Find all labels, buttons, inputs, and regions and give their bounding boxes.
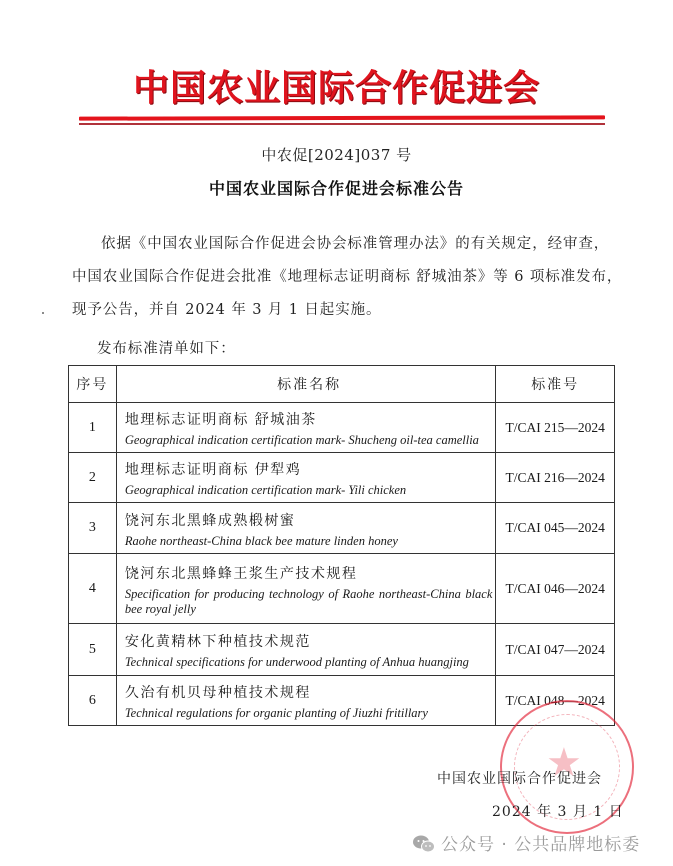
table-row: 2 地理标志证明商标 伊犁鸡 Geographical indication c… <box>69 453 615 503</box>
letterhead-rule-thick <box>79 115 605 120</box>
table-row: 1 地理标志证明商标 舒城油茶 Geographical indication … <box>69 403 615 453</box>
signature-organization: 中国农业国际合作促进会 <box>437 768 602 788</box>
row-name-en: Technical specifications for underwood p… <box>123 655 496 670</box>
scan-speck <box>42 312 44 314</box>
row-code: T/CAI 047—2024 <box>496 624 615 676</box>
wechat-icon <box>413 835 435 858</box>
letterhead-rule-thin <box>79 123 605 125</box>
standards-table: 序号 标准名称 标准号 1 地理标志证明商标 舒城油茶 Geographical… <box>68 365 615 726</box>
table-header-row: 序号 标准名称 标准号 <box>69 366 615 403</box>
row-name-zh: 地理标志证明商标 舒城油茶 <box>123 409 496 429</box>
header-no: 序号 <box>69 366 117 403</box>
table-row: 5 安化黄精林下种植技术规范 Technical specifications … <box>69 624 615 676</box>
table-row: 3 饶河东北黑蜂成熟椴树蜜 Raohe northeast-China blac… <box>69 503 615 554</box>
row-name-en: Geographical indication certification ma… <box>123 483 496 498</box>
row-name-zh: 安化黄精林下种植技术规范 <box>123 631 496 651</box>
row-name-zh: 饶河东北黑蜂蜂王浆生产技术规程 <box>123 563 496 583</box>
signature-date: 2024 年 3 月 1 日 <box>492 801 624 821</box>
row-no: 6 <box>69 676 117 726</box>
document-title: 中国农业国际合作促进会标准公告 <box>0 176 673 199</box>
row-name-en: Geographical indication certification ma… <box>123 433 496 448</box>
row-no: 4 <box>69 554 117 624</box>
row-name: 安化黄精林下种植技术规范 Technical specifications fo… <box>116 624 496 676</box>
row-name-en: Specification for producing technology o… <box>123 587 496 617</box>
row-name: 地理标志证明商标 伊犁鸡 Geographical indication cer… <box>116 453 496 503</box>
row-name: 地理标志证明商标 舒城油茶 Geographical indication ce… <box>116 403 496 453</box>
watermark-text: 公众号 · 公共品牌地标委 <box>441 835 640 855</box>
body-line-2: 中国农业国际合作促进会批准《地理标志证明商标 舒城油茶》等 6 项标准发布， <box>72 265 622 286</box>
row-name-zh: 久治有机贝母种植技术规程 <box>123 682 496 702</box>
row-code: T/CAI 215—2024 <box>496 403 615 453</box>
header-name: 标准名称 <box>116 366 496 403</box>
watermark: 公众号 · 公共品牌地标委 <box>413 830 640 858</box>
row-code: T/CAI 046—2024 <box>496 554 615 624</box>
row-name: 饶河东北黑蜂成熟椴树蜜 Raohe northeast-China black … <box>116 503 496 554</box>
header-code: 标准号 <box>496 366 615 403</box>
row-name-zh: 地理标志证明商标 伊犁鸡 <box>123 459 496 479</box>
body-line-1: 依据《中国农业国际合作促进会协会标准管理办法》的有关规定，经审查， <box>101 232 609 253</box>
row-code: T/CAI 045—2024 <box>496 503 615 554</box>
body-line-3: 现予公告，并自 2024 年 3 月 1 日起实施。 <box>72 298 381 319</box>
row-no: 5 <box>69 624 117 676</box>
row-name-en: Raohe northeast-China black bee mature l… <box>123 534 496 549</box>
row-no: 1 <box>69 403 117 453</box>
row-no: 3 <box>69 503 117 554</box>
row-no: 2 <box>69 453 117 503</box>
letterhead-title: 中国农业国际合作促进会 <box>0 60 673 111</box>
document-number: 中农促[2024]037 号 <box>0 144 673 165</box>
row-name: 久治有机贝母种植技术规程 Technical regulations for o… <box>116 676 496 726</box>
row-name-zh: 饶河东北黑蜂成熟椴树蜜 <box>123 510 496 530</box>
row-code: T/CAI 216—2024 <box>496 453 615 503</box>
row-name-en: Technical regulations for organic planti… <box>123 706 496 721</box>
list-intro: 发布标准清单如下： <box>97 337 236 358</box>
table-row: 4 饶河东北黑蜂蜂王浆生产技术规程 Specification for prod… <box>69 554 615 624</box>
row-name: 饶河东北黑蜂蜂王浆生产技术规程 Specification for produc… <box>116 554 496 624</box>
